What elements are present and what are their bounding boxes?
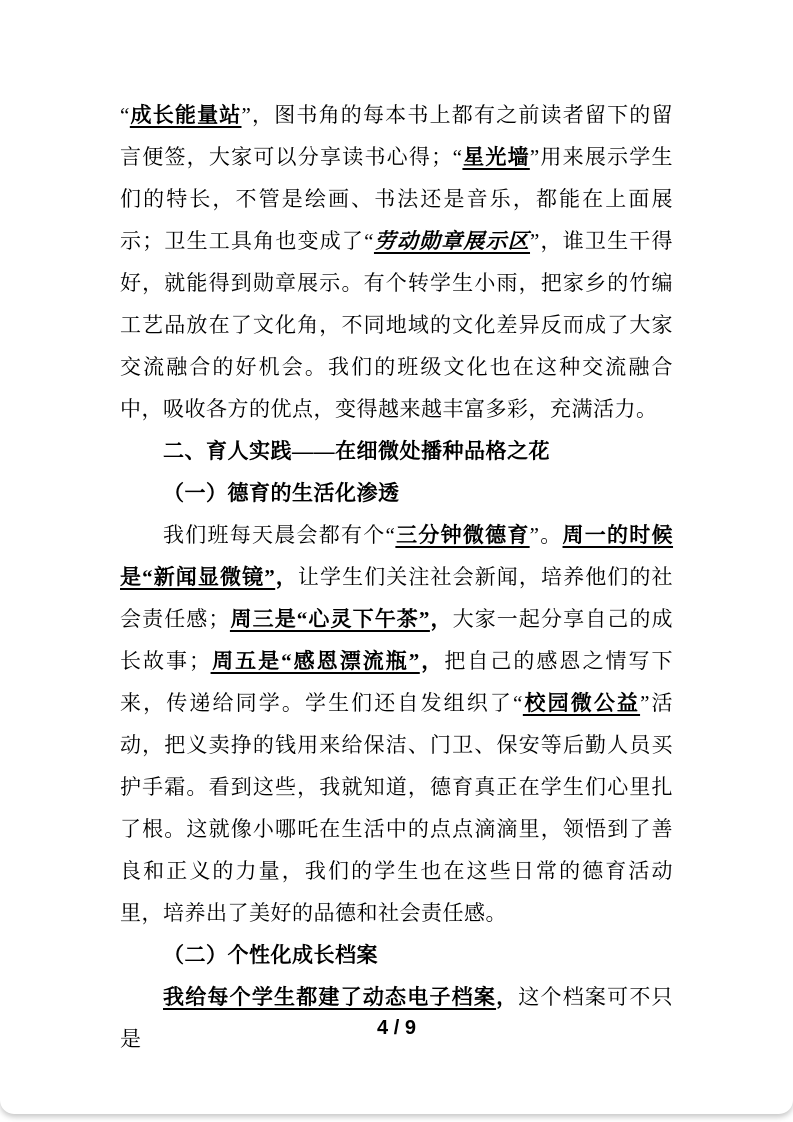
highlight-friday-gratitude-bottle: 周五是“感恩漂流瓶”	[211, 649, 420, 673]
highlight-starlight-wall: 星光墙	[462, 145, 529, 169]
page-content: “成长能量站”，图书角的每本书上都有之前读者留下的留言便签，大家可以分享读书心得…	[120, 94, 673, 1060]
highlight-growth-energy-station: 成长能量站	[130, 103, 242, 127]
page-number: 4 / 9	[377, 1017, 416, 1039]
text-segment: ”，谁卫生干得好，就能得到勋章展示。有个转学生小雨，把家乡的竹编工艺品放在了文化…	[120, 229, 673, 421]
text-segment: ”活动，把义卖挣的钱用来给保洁、门卫、保安等后勤人员买护手霜。看到这些，我就知道…	[120, 691, 673, 925]
highlight-dynamic-archive: 我给每个学生都建了动态电子档案	[163, 985, 496, 1009]
highlight-wednesday-heart-tea: 周三是“心灵下午茶”	[230, 607, 430, 631]
text-segment: ，	[430, 607, 453, 631]
page-footer: 4 / 9	[0, 1017, 793, 1040]
heading-text: 二、育人实践——在细微处播种品格之花	[163, 439, 550, 463]
heading-text: （二）个性化成长档案	[163, 943, 378, 967]
section-heading-2-1: （一）德育的生活化渗透	[120, 472, 673, 514]
text-segment: ，	[420, 649, 445, 673]
highlight-labor-medal-zone: 劳动勋章展示区	[374, 229, 530, 253]
highlight-three-minute-moral: 三分钟微德育	[395, 523, 529, 547]
text-segment: ，	[496, 985, 518, 1009]
section-heading-2-2: （二）个性化成长档案	[120, 934, 673, 976]
document-page: “成长能量站”，图书角的每本书上都有之前读者留下的留言便签，大家可以分享读书心得…	[0, 0, 793, 1114]
text-segment: ”。	[530, 523, 563, 547]
text-segment: 我们班每天晨会都有个“	[163, 523, 395, 547]
text-segment: ，	[275, 565, 298, 589]
paragraph-class-culture: “成长能量站”，图书角的每本书上都有之前读者留下的留言便签，大家可以分享读书心得…	[120, 94, 673, 430]
section-heading-2: 二、育人实践——在细微处播种品格之花	[120, 430, 673, 472]
text-segment: “	[120, 103, 130, 127]
heading-text: （一）德育的生活化渗透	[163, 481, 400, 505]
paragraph-moral-education: 我们班每天晨会都有个“三分钟微德育”。周一的时候是“新闻显微镜”，让学生们关注社…	[120, 514, 673, 934]
highlight-campus-micro-charity: 校园微公益	[523, 691, 640, 715]
